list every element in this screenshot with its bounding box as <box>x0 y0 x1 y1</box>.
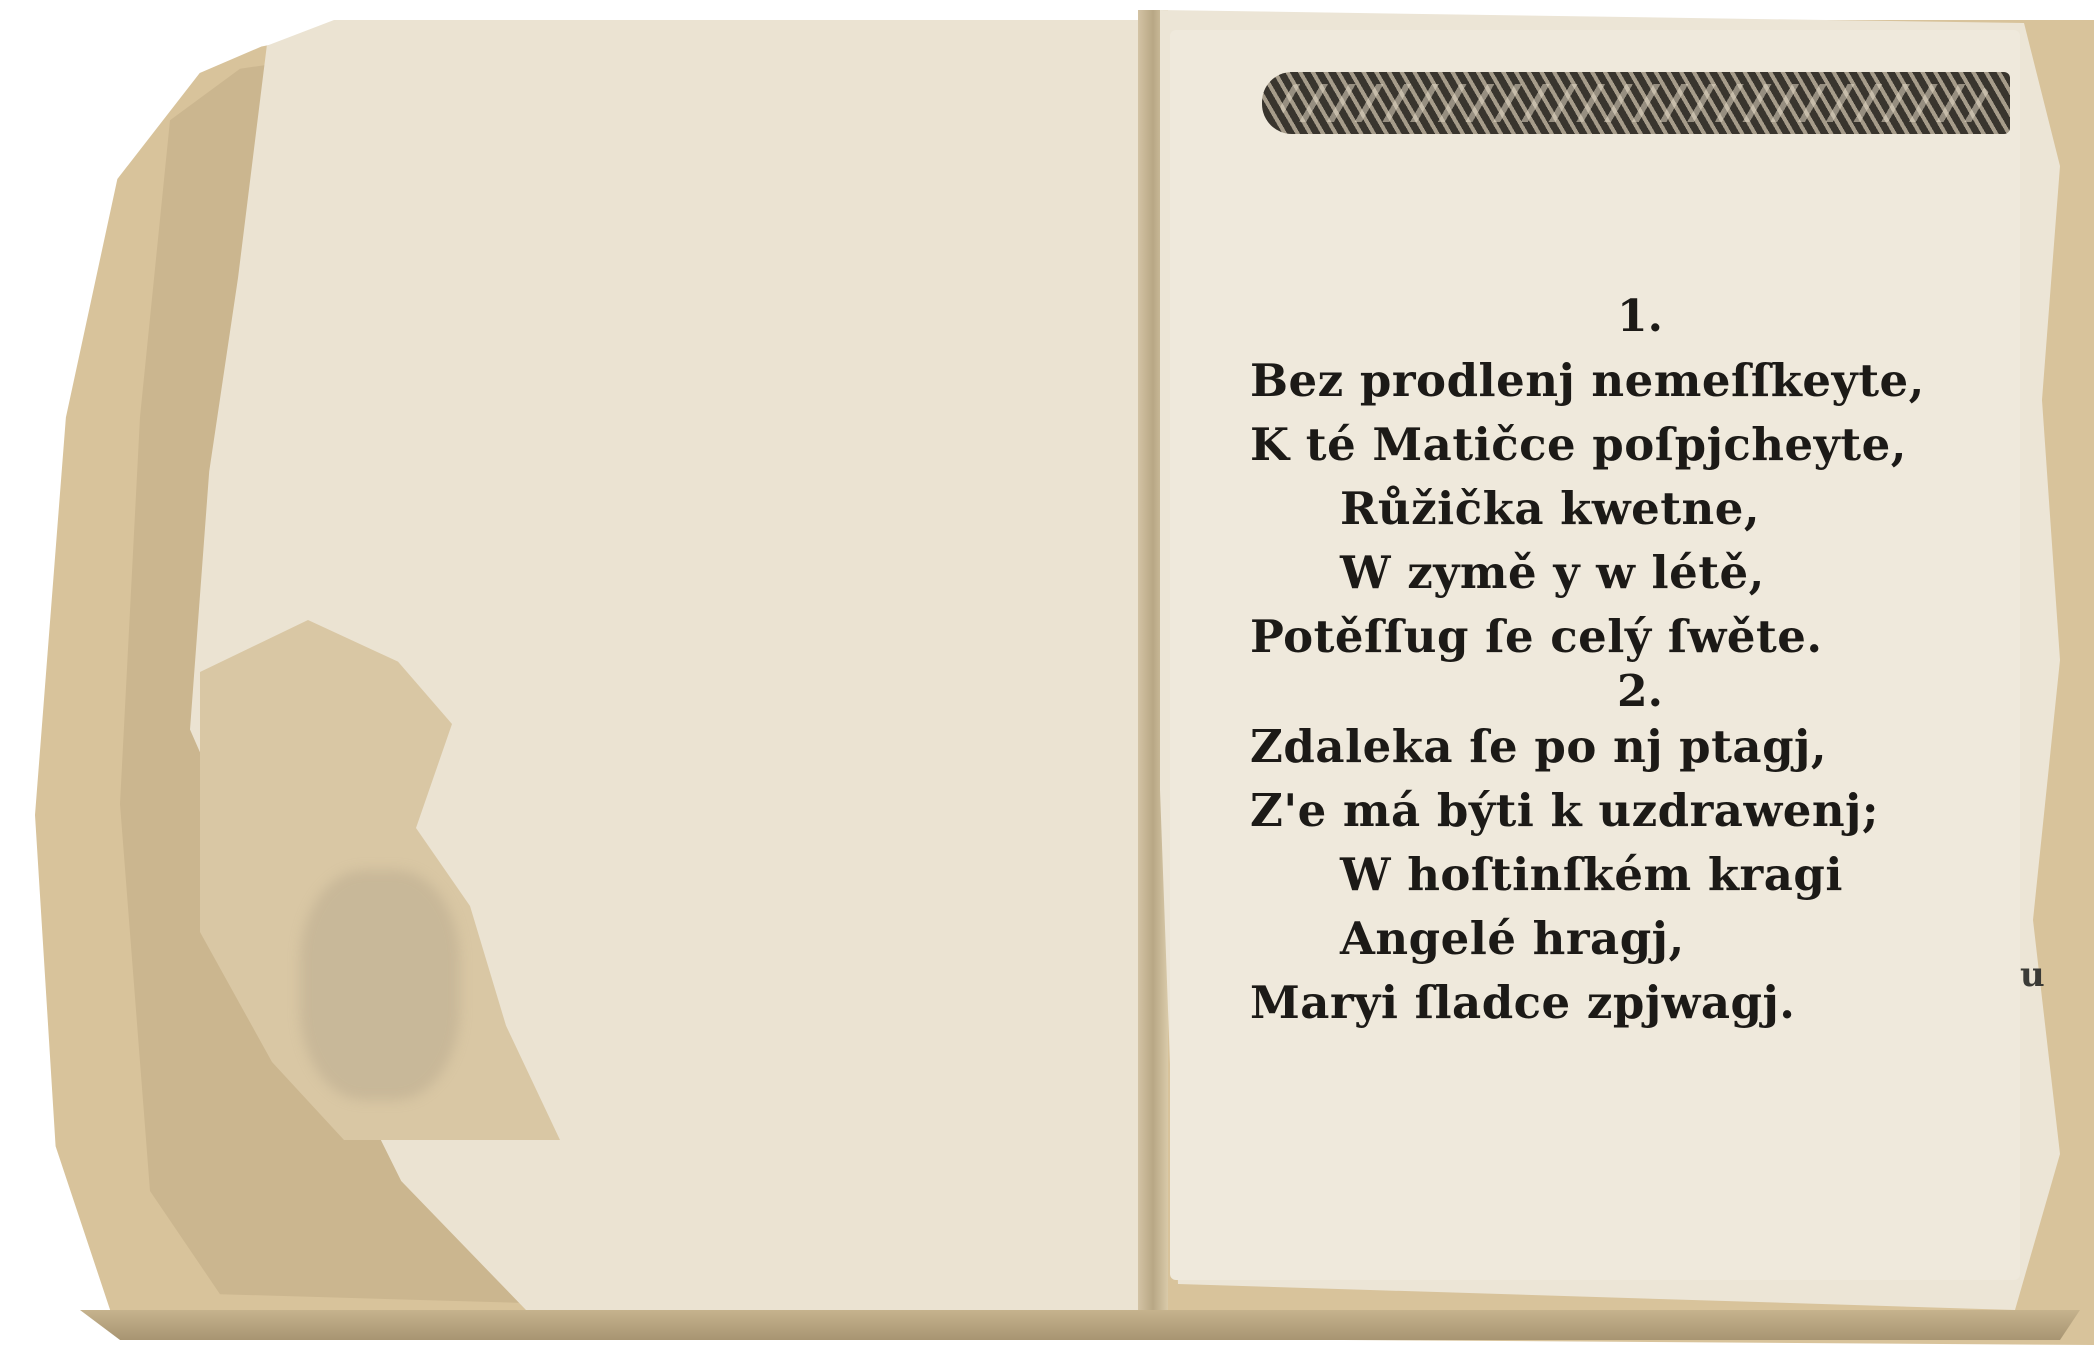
verse-line: Z'e má býti k uzdrawenj; <box>1250 779 1970 843</box>
verse-line: K té Matičce poſpjcheyte, <box>1250 413 1970 477</box>
left-page-stain <box>300 870 460 1100</box>
verse-line: W zymě y w létě, <box>1250 541 1970 605</box>
stanza-number: 1. <box>1310 285 1970 349</box>
verse-line: Angelé hragj, <box>1250 907 1970 971</box>
page-block-edge <box>80 1310 2080 1340</box>
verse-line: Maryi ſladce zpjwagj. <box>1250 971 1970 1035</box>
hymn-text: 1. Bez prodlenj nemeſſkeyte, K té Matičc… <box>1250 285 1970 1035</box>
scanned-book: 1. Bez prodlenj nemeſſkeyte, K té Matičc… <box>0 0 2094 1356</box>
ornament-band-icon <box>1262 72 2010 134</box>
verse-line: Bez prodlenj nemeſſkeyte, <box>1250 349 1970 413</box>
verse-line: Zdaleka ſe po nj ptagj, <box>1250 715 1970 779</box>
verse-line: Potěſſug ſe celý ſwěte. <box>1250 605 1970 669</box>
margin-mark: u <box>2020 955 2045 995</box>
verse-line: W hoſtinſkém kragi <box>1250 843 1970 907</box>
verse-line: Růžička kwetne, <box>1250 477 1970 541</box>
stanza-number: 2. <box>1310 669 1970 715</box>
